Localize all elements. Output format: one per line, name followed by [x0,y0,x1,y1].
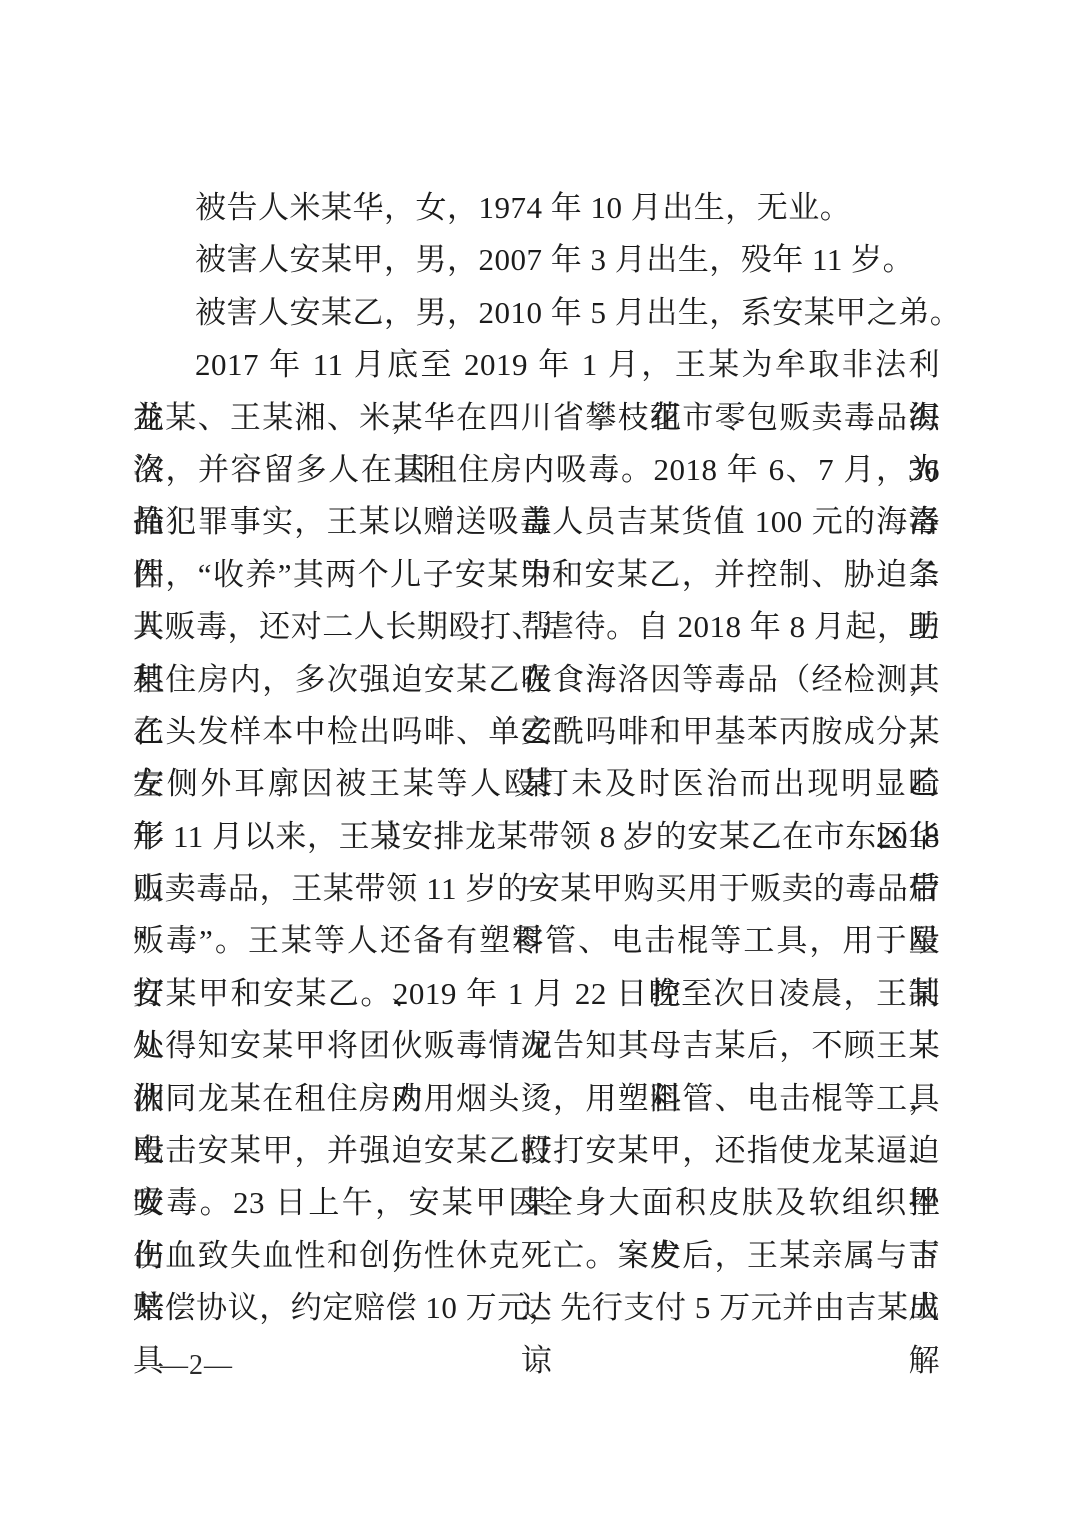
paragraph-line: 件，“收养”其两个儿子安某甲和安某乙，并控制、胁迫二人帮助 [133,549,940,601]
paragraph-line: 伙同龙某在租住房内用烟头烫，用塑料管、电击棍等工具殴打、 [133,1073,940,1125]
paragraph-line: 租住房内，多次强迫安某乙吸食海洛因等毒品（经检测，在安某 [133,654,940,706]
paragraph-line: 其贩毒，还对二人长期殴打、虐待。自 2018 年 8 月起，王某在其 [133,601,940,653]
paragraph-line: 贩毒”。王某等人还备有塑料管、电击棍等工具，用于殴打、控制 [133,915,940,967]
paragraph-line: 赔偿协议，约定赔偿 10 万元，先行支付 5 万元并由吉某出具谅解 [133,1282,940,1334]
paragraph-line: 处得知安某甲将团伙贩毒情况告知其母吉某后，不顾王某湘劝阻， [133,1020,940,1072]
document-page: 被告人米某华，女，1974 年 10 月出生，无业。 被害人安某甲，男，2007… [0,0,1074,1520]
paragraph-line: 左侧外耳廓因被王某等人殴打未及时医治而出现明显畸形）。2018 [133,758,940,810]
document-body: 被告人米某华，女，1974 年 10 月出生，无业。 被害人安某甲，男，2007… [133,182,940,1335]
paragraph-line: 龙某、王某湘、米某华在四川省攀枝花市零包贩卖毒品海洛因 36 [133,392,940,444]
paragraph-line: 电击安某甲，并强迫安某乙殴打安某甲，还指使龙某逼迫安某甲 [133,1125,940,1177]
paragraph-line: 吸毒。23 日上午，安某甲因全身大面积皮肤及软组织挫伤，皮下 [133,1177,940,1229]
paragraph-line: 出血致失血性和创伤性休克死亡。案发后，王某亲属与吉某达成 [133,1230,940,1282]
victim-b-line: 被害人安某乙，男，2010 年 5 月出生，系安某甲之弟。 [133,287,940,339]
victim-a-line: 被害人安某甲，男，2007 年 3 月出生，殁年 11 岁。 [133,234,940,286]
paragraph-line: 2017 年 11 月底至 2019 年 1 月，王某为牟取非法利益，组织 [133,339,940,391]
paragraph-line: 贩卖毒品，王某带领 11 岁的安某甲购买用于贩卖的毒品后“零星 [133,863,940,915]
paragraph-line: 乙头发样本中检出吗啡、单乙酰吗啡和甲基苯丙胺成分，安某乙 [133,706,940,758]
page-number: —2— [160,1350,233,1382]
paragraph-line: 年 11 月以来，王某安排龙某带领 8 岁的安某乙在市东区华山一带 [133,811,940,863]
paragraph-line: 次，并容留多人在其租住房内吸毒。2018 年 6、7 月，为掩盖毒 [133,444,940,496]
paragraph-line: 安某甲和安某乙。2019 年 1 月 22 日晚至次日凌晨，王某从龙某 [133,968,940,1020]
paragraph-line: 品犯罪事实，王某以赠送吸毒人员吉某货值 100 元的海洛因为条 [133,496,940,548]
defendant-line: 被告人米某华，女，1974 年 10 月出生，无业。 [133,182,940,234]
